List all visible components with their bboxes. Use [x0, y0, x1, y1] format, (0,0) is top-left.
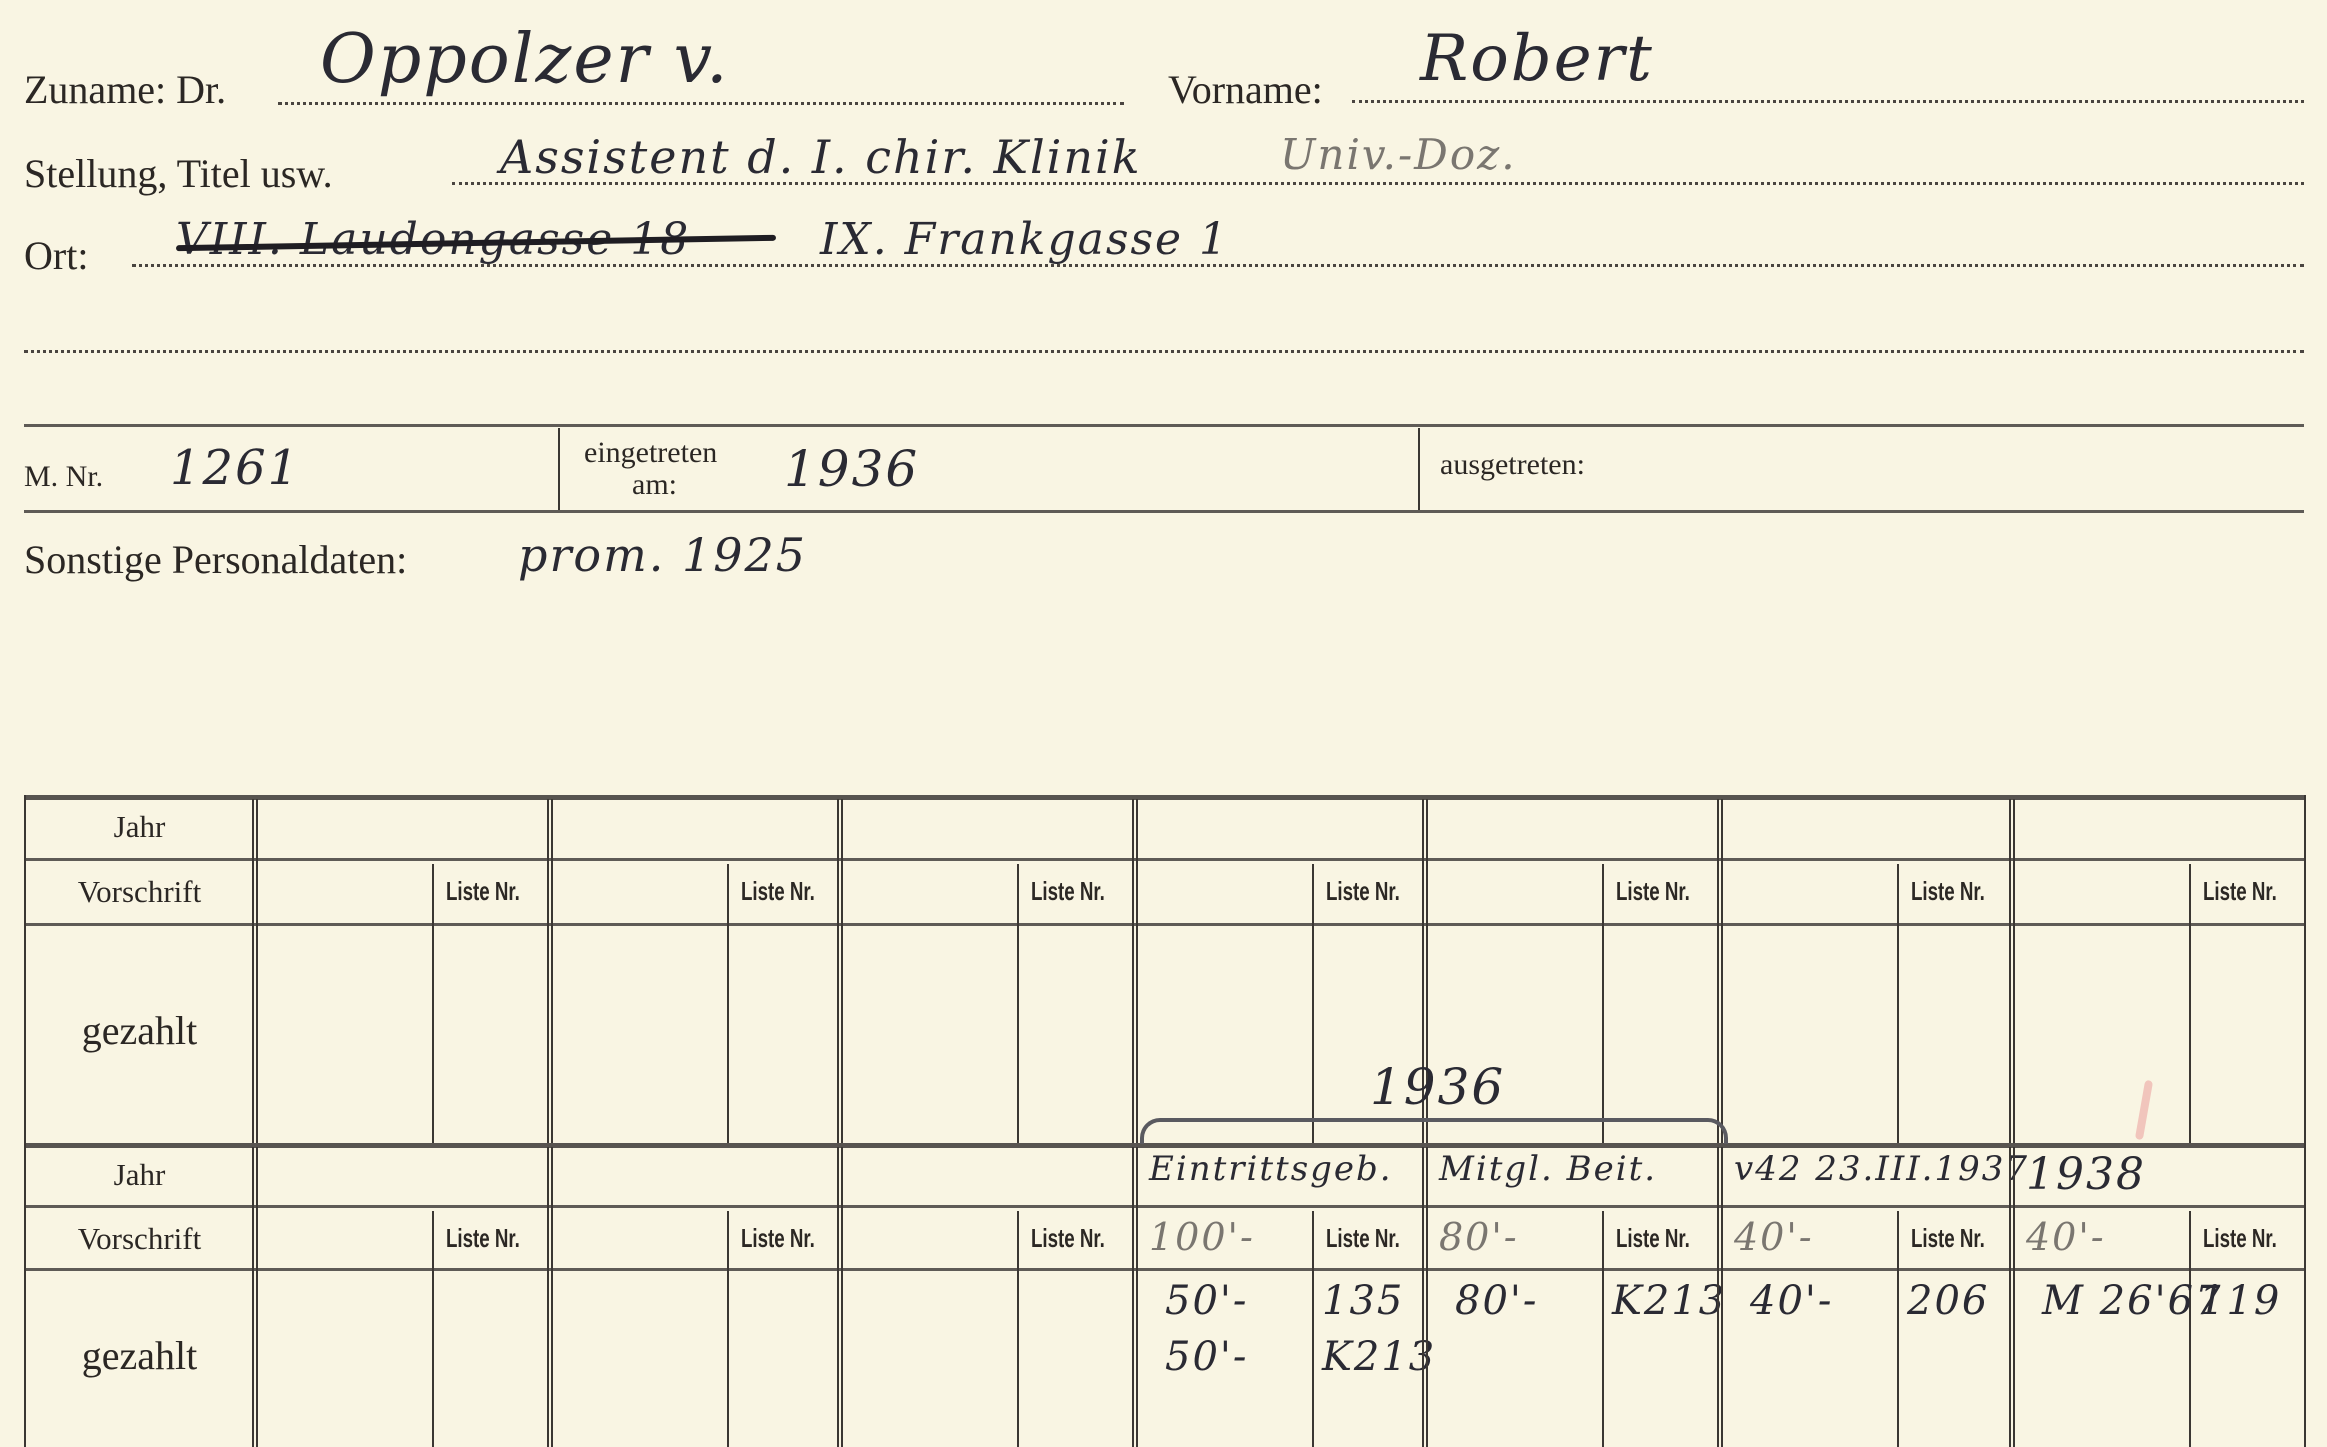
list-no-label: Liste Nr.: [741, 876, 815, 907]
block1-col-2-divider: [547, 799, 553, 1143]
place-label: Ort:: [24, 232, 88, 279]
cell-paid: 80'-: [1455, 1278, 1538, 1324]
cell-year: v42 23.III.1937: [1734, 1149, 2029, 1189]
block1-year-rule: [24, 858, 2304, 861]
surname-label: Zuname: Dr.: [24, 66, 226, 113]
joined-value: 1936: [784, 440, 919, 498]
list-no-label: Liste Nr.: [2203, 876, 2277, 907]
cell-paid: M 26'67: [2042, 1278, 2222, 1324]
block2-col-6-list-divider: [1897, 1211, 1899, 1447]
list-no-label: Liste Nr.: [1031, 1223, 1105, 1254]
block1-col-6-divider: [1717, 799, 1723, 1143]
red-pencil-mark: [2135, 1080, 2153, 1140]
row-label-year: Jahr: [24, 809, 255, 845]
cell-year: 1938: [2026, 1149, 2146, 1200]
joined-label-line2: am:: [632, 470, 677, 500]
block2-col-7-list-divider: [2189, 1211, 2191, 1447]
cell-year: Mitgl. Beit.: [1439, 1149, 1657, 1189]
place-value: IX. Frankgasse 1: [820, 214, 1229, 265]
block2-col-3-list-divider: [1017, 1211, 1019, 1447]
surname-value: Oppolzer v.: [320, 20, 730, 99]
block1-col-7-divider: [2009, 799, 2015, 1143]
block1-col-1-list-divider: [432, 864, 434, 1143]
block1-year-annotation: 1936: [1370, 1058, 1505, 1116]
membership-divider-2: [1418, 428, 1420, 510]
block1-col-3-list-divider: [1017, 864, 1019, 1143]
block1-col-6-list-divider: [1897, 864, 1899, 1143]
membership-bottom-rule: [24, 510, 2304, 513]
cell-paid: 50'-: [1165, 1278, 1248, 1324]
member-no-value: 1261: [170, 440, 300, 496]
first-name-dotted-line: [1352, 100, 2304, 103]
membership-top-rule: [24, 424, 2304, 427]
other-data-value: prom. 1925: [518, 528, 807, 582]
list-no-label: Liste Nr.: [2203, 1223, 2277, 1254]
cell-list-no: 135: [1322, 1278, 1404, 1324]
block1-col-5-list-divider: [1602, 864, 1604, 1143]
block2-col-1-list-divider: [432, 1211, 434, 1447]
position-value-faded: Univ.-Doz.: [1280, 130, 1517, 179]
list-no-label: Liste Nr.: [1616, 876, 1690, 907]
row-label-paid: gezahlt: [24, 1007, 255, 1054]
block1-prescribed-rule: [24, 923, 2304, 926]
block2-col-4-divider: [1132, 1147, 1138, 1447]
block2-year-rule: [24, 1205, 2304, 1208]
block1-col-1-divider: [252, 799, 258, 1143]
block2-prescribed-rule: [24, 1268, 2304, 1271]
block2-col-6-divider: [1717, 1147, 1723, 1447]
block2-col-1-divider: [252, 1147, 258, 1447]
list-no-label: Liste Nr.: [741, 1223, 815, 1254]
cell-prescribed: 80'-: [1439, 1215, 1519, 1259]
row-label-year: Jahr: [24, 1157, 255, 1193]
block1-col-7-list-divider: [2189, 864, 2191, 1143]
block1-left-border: [24, 795, 26, 1143]
cell-year: Eintrittsgeb.: [1149, 1149, 1393, 1189]
block2-col-7-divider: [2009, 1147, 2015, 1447]
list-no-label: Liste Nr.: [1326, 1223, 1400, 1254]
cell-list-no: 206: [1907, 1278, 1989, 1324]
block1-col-4-divider: [1132, 799, 1138, 1143]
cell-paid: 40'-: [1750, 1278, 1833, 1324]
cell-prescribed: 40'-: [2026, 1215, 2106, 1259]
position-value: Assistent d. I. chir. Klinik: [500, 130, 1142, 184]
block2-col-5-divider: [1422, 1147, 1428, 1447]
row-label-prescribed: Vorschrift: [24, 1221, 255, 1257]
block1-col-2-list-divider: [727, 864, 729, 1143]
member-no-label: M. Nr.: [24, 460, 103, 494]
cell-list-no: K213: [1612, 1278, 1726, 1324]
block2-col-2-list-divider: [727, 1211, 729, 1447]
block1-col-4-list-divider: [1312, 864, 1314, 1143]
block2-col-2-divider: [547, 1147, 553, 1447]
block2-col-4-list-divider: [1312, 1211, 1314, 1447]
surname-dotted-line: [278, 102, 1124, 105]
cell-list-no: K213: [1322, 1334, 1436, 1380]
row-label-paid: gezahlt: [24, 1332, 255, 1379]
cell-list-no: 119: [2199, 1278, 2281, 1324]
position-label: Stellung, Titel usw.: [24, 150, 333, 197]
list-no-label: Liste Nr.: [1031, 876, 1105, 907]
cell-prescribed: 100'-: [1149, 1215, 1255, 1259]
blank-dotted-line: [24, 350, 2304, 353]
block1-right-border: [2304, 795, 2306, 1143]
joined-label-line1: eingetreten: [584, 438, 717, 468]
left-label: ausgetreten:: [1440, 448, 1585, 482]
cell-prescribed: 40'-: [1734, 1215, 1814, 1259]
block2-right-border: [2304, 1143, 2306, 1447]
cell-paid: 50'-: [1165, 1334, 1248, 1380]
list-no-label: Liste Nr.: [1911, 1223, 1985, 1254]
block1-col-3-divider: [837, 799, 843, 1143]
block2-col-5-list-divider: [1602, 1211, 1604, 1447]
list-no-label: Liste Nr.: [446, 876, 520, 907]
first-name-label: Vorname:: [1168, 66, 1323, 113]
list-no-label: Liste Nr.: [446, 1223, 520, 1254]
block1-bracket-mark: [1140, 1118, 1728, 1144]
other-data-label: Sonstige Personaldaten:: [24, 536, 407, 583]
first-name-value: Robert: [1420, 22, 1654, 96]
row-label-prescribed: Vorschrift: [24, 874, 255, 910]
block2-col-3-divider: [837, 1147, 843, 1447]
list-no-label: Liste Nr.: [1911, 876, 1985, 907]
block1-top-rule: [24, 795, 2304, 800]
list-no-label: Liste Nr.: [1616, 1223, 1690, 1254]
membership-divider-1: [558, 428, 560, 510]
list-no-label: Liste Nr.: [1326, 876, 1400, 907]
